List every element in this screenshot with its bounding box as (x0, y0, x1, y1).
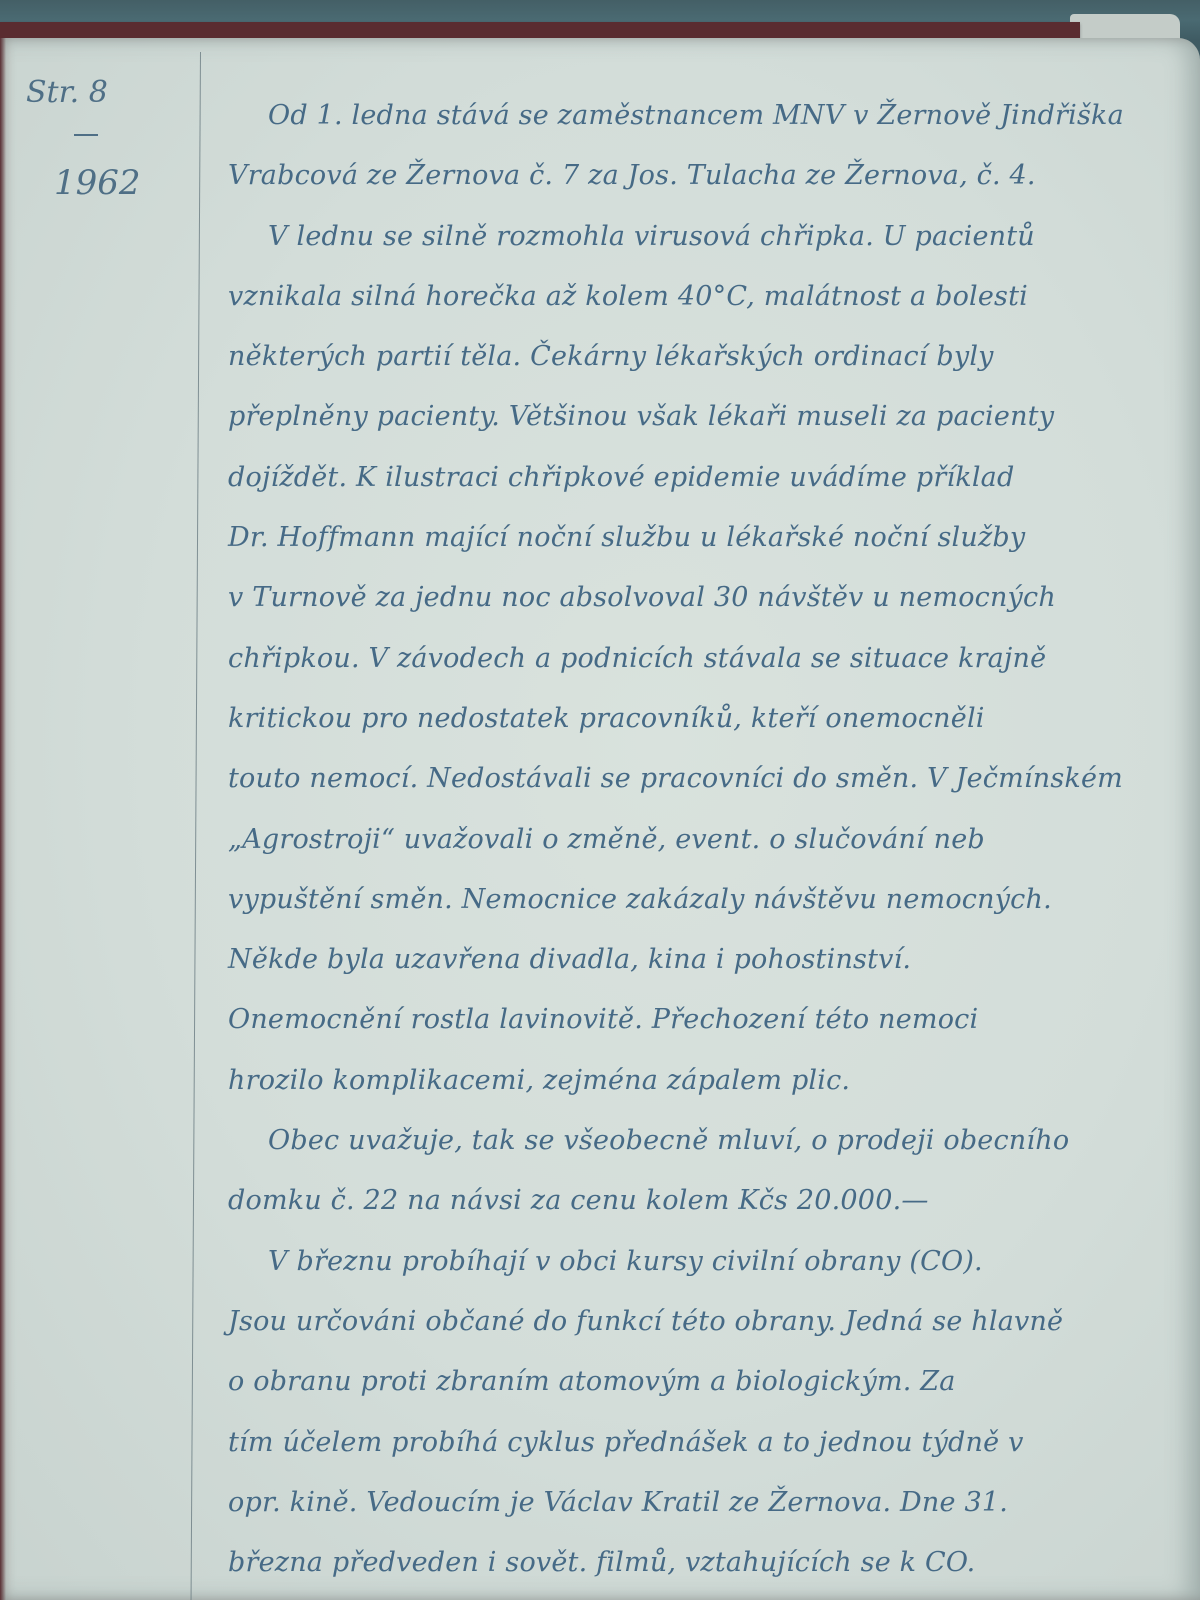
text-line: přeplněny pacienty. Většinou však lékaři… (228, 387, 1163, 447)
text-line: V březnu probíhají v obci kursy civilní … (228, 1232, 1163, 1292)
text-line: některých partií těla. Čekárny lékařskýc… (228, 327, 1163, 387)
text-line: Jsou určováni občané do funkcí této obra… (228, 1292, 1163, 1352)
margin-separator (74, 134, 98, 136)
text-line: Dr. Hoffmann mající noční službu u lékař… (228, 508, 1163, 568)
text-line: domku č. 22 na návsi za cenu kolem Kčs 2… (228, 1171, 1163, 1231)
text-line: hrozilo komplikacemi, zejména zápalem pl… (228, 1051, 1163, 1111)
text-line: V lednu se silně rozmohla virusová chřip… (228, 207, 1163, 267)
text-line: března předveden i sovět. filmů, vztahuj… (228, 1533, 1163, 1593)
year-label: 1962 (54, 166, 182, 200)
text-line: „Agrostroji“ uvažovali o změně, event. o… (228, 810, 1163, 870)
page-reference: Str. 8 (26, 78, 182, 108)
text-line: kritickou pro nedostatek pracovníků, kte… (228, 689, 1163, 749)
text-line: Obec uvažuje, tak se všeobecně mluví, o … (228, 1111, 1163, 1171)
margin-rule (191, 52, 201, 1600)
text-line: v Turnově za jednu noc absolvoval 30 náv… (228, 568, 1163, 628)
text-line: o obranu proti zbraním atomovým a biolog… (228, 1352, 1163, 1412)
text-line: Onemocnění rostla lavinovitě. Přechození… (228, 990, 1163, 1050)
text-line: touto nemocí. Nedostávali se pracovníci … (228, 749, 1163, 809)
chronicle-page: Str. 8 1962 Od 1. ledna stává se zaměstn… (0, 38, 1200, 1600)
text-line: chřipkou. V závodech a podnicích stávala… (228, 629, 1163, 689)
text-line: tím účelem probíhá cyklus přednášek a to… (228, 1413, 1163, 1473)
text-line: Od 1. ledna stává se zaměstnancem MNV v … (228, 86, 1163, 146)
text-line: Vrabcová ze Žernova č. 7 za Jos. Tulacha… (228, 146, 1163, 206)
text-line: vypuštění směn. Nemocnice zakázaly návšt… (228, 870, 1163, 930)
photo-scene: Str. 8 1962 Od 1. ledna stává se zaměstn… (0, 0, 1200, 1600)
text-line: opr. kině. Vedoucím je Václav Kratil ze … (228, 1473, 1163, 1533)
text-line: Někde byla uzavřena divadla, kina i poho… (228, 930, 1163, 990)
margin-note: Str. 8 1962 (22, 78, 182, 200)
text-line: dojíždět. K ilustraci chřipkové epidemie… (228, 448, 1163, 508)
text-line: vznikala silná horečka až kolem 40°C, ma… (228, 267, 1163, 327)
handwritten-body: Od 1. ledna stává se zaměstnancem MNV v … (228, 86, 1163, 1593)
